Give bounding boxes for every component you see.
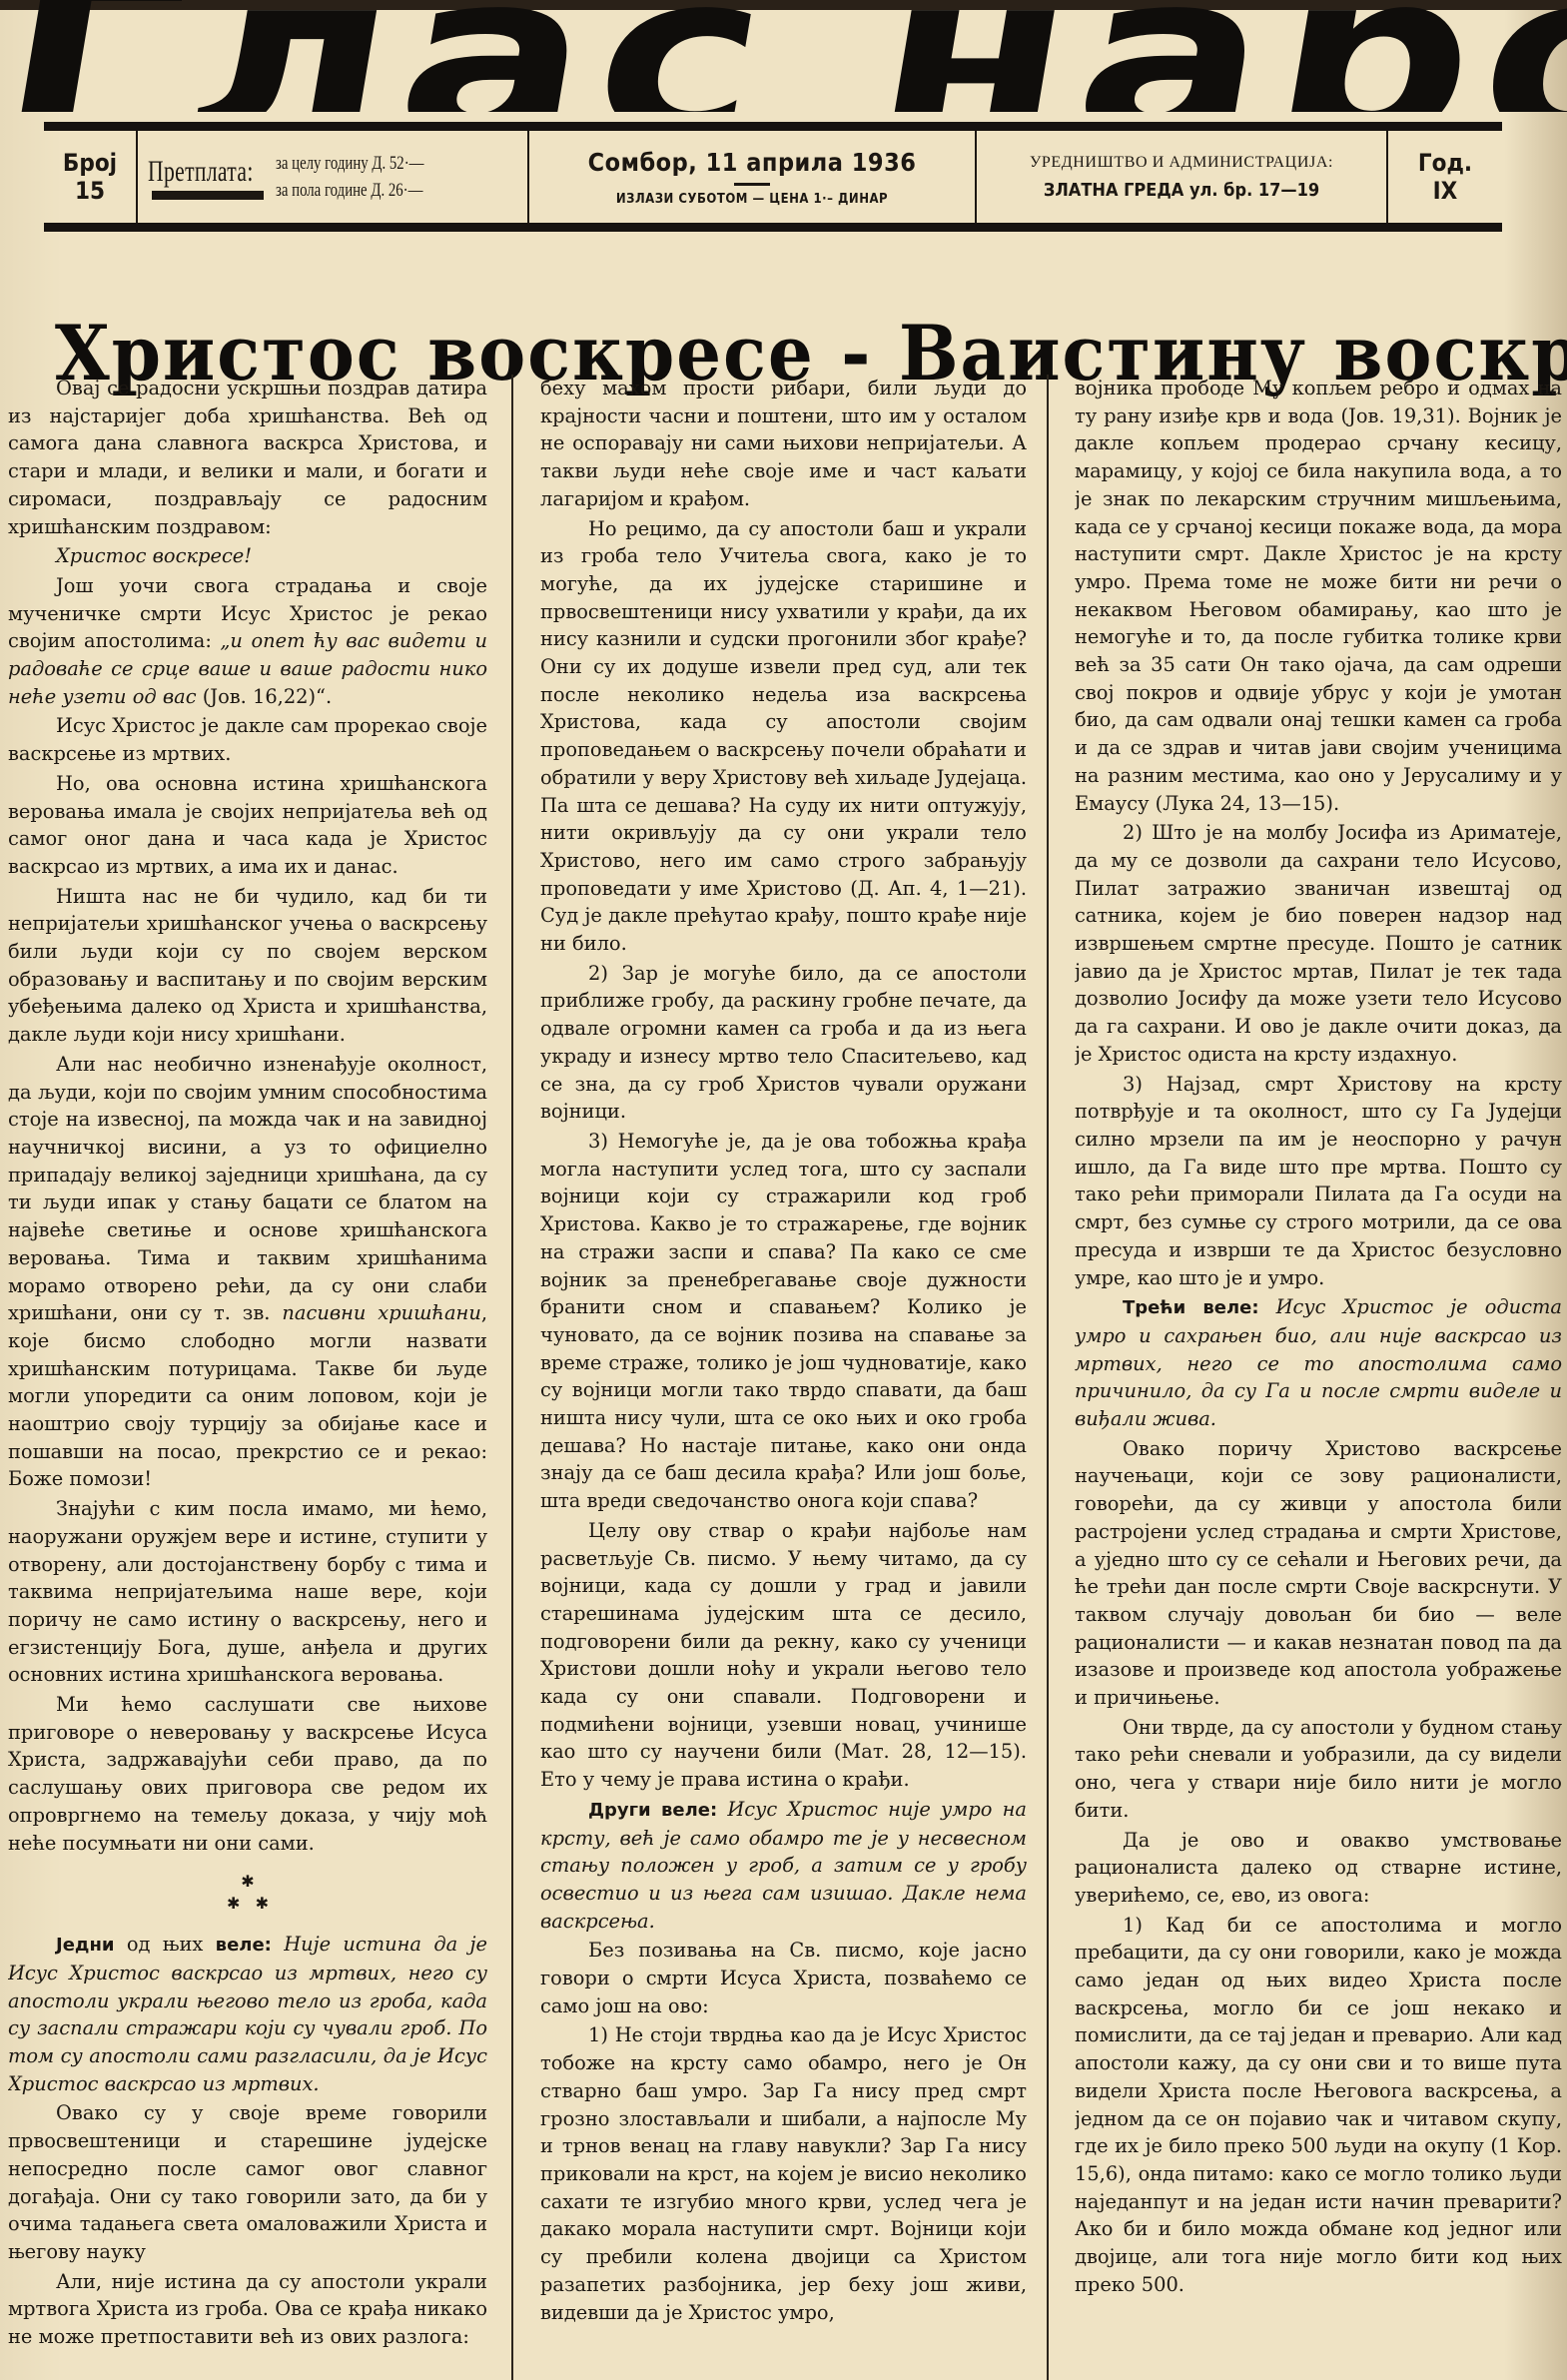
editorial-label: УРЕДНИШТВО И АДМИНИСТРАЦИЈА: <box>1030 154 1333 172</box>
paragraph: Али нас необично изненађује околност, да… <box>8 1051 487 1493</box>
article-column-3: војника прободе Му копљем ребро и одмах … <box>1075 375 1562 2380</box>
paragraph-text: Овај се радосни ускршњи поздрав датира и… <box>8 377 487 538</box>
column-divider <box>1047 375 1049 2380</box>
paragraph: Још уочи свога страдања и своје мученичк… <box>8 572 487 711</box>
subscription-year-price: за целу годину Д. 52·— <box>276 150 423 177</box>
paragraph: Ми ћемо саслушати све њихове приговоре о… <box>8 1691 487 1857</box>
paragraph-text: војника прободе Му копљем ребро и одмах … <box>1075 377 1562 815</box>
paragraph-text: Они тврде, да су апостоли у будном стању… <box>1075 1716 1562 1822</box>
paragraph-text: Ништа нас не би чудило, кад би ти неприј… <box>8 885 487 1047</box>
paragraph: Овако поричу Христово васкрсење научењац… <box>1075 1435 1562 1712</box>
quoted-text: пасивни хришћани <box>282 1301 480 1324</box>
section-separator: ✱✱ ✱ <box>8 1871 487 1915</box>
volume-cell: Год. IX <box>1388 131 1502 223</box>
paragraph: Трећи веле: Исус Христос је одиста умро … <box>1075 1293 1562 1433</box>
paragraph: Без позивања на Св. писмо, које јасно го… <box>540 1937 1027 2019</box>
paragraph: Ништа нас не би чудило, кад би ти неприј… <box>8 883 487 1049</box>
publication-note: ИЗЛАЗИ СУБОТОМ — ЦЕНА 1·– ДИНАР <box>616 192 888 207</box>
paragraph-text: Исус Христос је дакле сам прорекао своје… <box>8 714 487 765</box>
article-column-1: Овај се радосни ускршњи поздрав датира и… <box>8 375 487 2380</box>
subscription-half-year-price: за пола године Д. 26·— <box>276 177 423 204</box>
paragraph: Једни од њих веле: Није истина да је Ису… <box>8 1931 487 2097</box>
paragraph-text: Овако су у своје време говорили првосвеш… <box>8 2101 487 2263</box>
column-divider <box>511 375 513 2380</box>
paragraph: Они тврде, да су апостоли у будном стању… <box>1075 1714 1562 1825</box>
paragraph-text: од њих <box>115 1933 216 1956</box>
paragraph-text: Но, ова основна истина хришћанскога веро… <box>8 772 487 878</box>
paragraph: Исус Христос је дакле сам прорекао своје… <box>8 712 487 767</box>
article-column-2: беху махом прости рибари, били људи до к… <box>540 375 1027 2380</box>
paragraph-lead: Једни <box>56 1935 115 1956</box>
paragraph: Но рецимо, да су апостоли баш и украли и… <box>540 515 1027 958</box>
subscription-cell: Претплата: за целу годину Д. 52·— за пол… <box>138 131 529 223</box>
paragraph-text: 3) Немогуће је, да је ова тобожња крађа … <box>540 1130 1027 1512</box>
paragraph-text: Знајући с ким посла имамо, ми ћемо, наор… <box>8 1497 487 1686</box>
paragraph-text: Да је ово и овакво умствовање рационалис… <box>1075 1829 1562 1907</box>
paragraph-text: Но рецимо, да су апостоли баш и украли и… <box>540 517 1027 956</box>
paragraph-text: 2) Зар је могуће било, да се апостоли пр… <box>540 962 1027 1124</box>
paragraph: 1) Не стоји тврдња као да је Исус Христо… <box>540 2021 1027 2326</box>
paragraph: 1) Кад би се апостолима и могло пребацит… <box>1075 1912 1562 2299</box>
paragraph-text: , које бисмо слободно могли назвати хриш… <box>8 1301 487 1490</box>
year-number: IX <box>1433 177 1458 205</box>
quoted-text: Није истина да је Исус Христос васкрсао … <box>8 1933 487 2095</box>
paragraph: Други веле: Исус Христос није умро на кр… <box>540 1796 1027 1936</box>
paragraph-text: Овако поричу Христово васкрсење научењац… <box>1075 1437 1562 1709</box>
paragraph: Целу ову ствар о крађи најбоље нам расве… <box>540 1517 1027 1794</box>
paragraph: 3) Најзад, смрт Христову на крсту потврђ… <box>1075 1071 1562 1292</box>
issue-info-bar: Број 15 Претплата: за целу годину Д. 52·… <box>44 122 1502 232</box>
year-label: Год. <box>1418 149 1472 177</box>
editorial-address: ЗЛАТНА ГРЕДА ул. бр. 17—19 <box>1044 180 1319 201</box>
paragraph: Да је ово и овакво умствовање рационалис… <box>1075 1827 1562 1910</box>
paragraph: Христос воскресе! <box>8 542 487 570</box>
divider <box>734 183 770 186</box>
editorial-cell: УРЕДНИШТВО И АДМИНИСТРАЦИЈА: ЗЛАТНА ГРЕД… <box>977 131 1388 223</box>
paragraph-text: Али нас необично изненађује околност, да… <box>8 1053 487 1324</box>
paragraph-text: беху махом прости рибари, били људи до к… <box>540 377 1027 510</box>
paragraph: Овај се радосни ускршњи поздрав датира и… <box>8 375 487 540</box>
paragraph-text: 1) Не стоји тврдња као да је Исус Христо… <box>540 2023 1027 2323</box>
paragraph-lead: Други веле: <box>588 1800 717 1821</box>
paragraph: 3) Немогуће је, да је ова тобожња крађа … <box>540 1128 1027 1515</box>
issue-number: 15 <box>75 177 105 205</box>
paragraph: Но, ова основна истина хришћанскога веро… <box>8 770 487 881</box>
paragraph-text: 3) Најзад, смрт Христову на крсту потврђ… <box>1075 1073 1562 1289</box>
masthead: Глас народа <box>0 0 1567 112</box>
decorative-bar <box>152 191 264 200</box>
subscription-label: Претплата: <box>148 155 234 189</box>
issue-label: Број <box>63 149 117 177</box>
paragraph: војника прободе Му копљем ребро и одмах … <box>1075 375 1562 817</box>
paragraph-lead: веле: <box>216 1935 272 1956</box>
paragraph: беху махом прости рибари, били људи до к… <box>540 375 1027 513</box>
paragraph-text: 2) Што је на молбу Јосифа из Ариматеје, … <box>1075 821 1562 1066</box>
paragraph-text: 1) Кад би се апостолима и могло пребацит… <box>1075 1914 1562 2296</box>
paragraph: Знајући с ким посла имамо, ми ћемо, наор… <box>8 1495 487 1689</box>
paragraph-lead: Трећи веле: <box>1123 1297 1259 1318</box>
paragraph-text: Али, није истина да су апостоли украли м… <box>8 2270 487 2348</box>
quoted-text: Христос воскресе! <box>56 544 252 567</box>
issue-number-cell: Број 15 <box>44 131 138 223</box>
date-cell: Сомбор, 11 априла 1936 ИЗЛАЗИ СУБОТОМ — … <box>529 131 977 223</box>
newspaper-title: Глас народа <box>0 0 1567 112</box>
paragraph-text: Без позивања на Св. писмо, које јасно го… <box>540 1939 1027 2016</box>
paragraph-text: (Јов. 16,22)“. <box>197 685 333 708</box>
place-date: Сомбор, 11 априла 1936 <box>588 148 917 177</box>
paragraph-text: Ми ћемо саслушати све њихове приговоре о… <box>8 1693 487 1855</box>
paragraph-text: Целу ову ствар о крађи најбоље нам расве… <box>540 1519 1027 1791</box>
paragraph: 2) Што је на молбу Јосифа из Ариматеје, … <box>1075 819 1562 1068</box>
paragraph: Овако су у своје време говорили првосвеш… <box>8 2099 487 2265</box>
paragraph: Али, није истина да су апостоли украли м… <box>8 2268 487 2351</box>
paragraph: 2) Зар је могуће било, да се апостоли пр… <box>540 960 1027 1126</box>
